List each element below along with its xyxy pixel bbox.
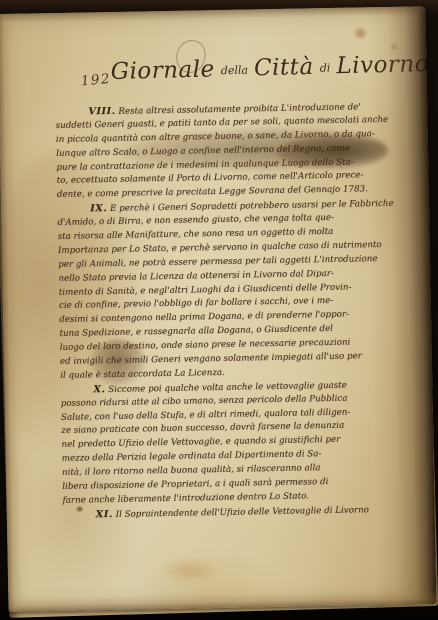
manuscript-photo: 192 Giornale della Città di Livorno VIII… [0,0,438,620]
section-numeral: VIII. [88,106,115,117]
manuscript-section-ix: IX. E perchè i Generi Sopradetti potrebb… [57,197,422,384]
page-title: Giornale della Città di Livorno [110,51,429,85]
manuscript-body: VIII. Resta altresì assolutamente proibi… [55,99,425,522]
page-number: 192 [80,71,112,90]
manuscript-section-x: X. Siccome poi qualche volta anche le ve… [60,377,424,509]
manuscript-section-viii: VIII. Resta altresì assolutamente proibi… [55,99,419,203]
foxing-spot-top-right [354,27,367,39]
title-word-della: della [221,64,248,78]
section-numeral: XI. [96,509,113,520]
foxing-spot-top-right-2 [389,43,399,52]
section-numeral: X. [93,384,105,395]
stain-bottom-center [158,557,222,584]
title-word-livorno: Livorno [336,51,429,79]
section-numeral: IX. [90,203,107,214]
title-word-di: di [320,61,331,74]
manuscript-page: 192 Giornale della Città di Livorno VIII… [0,6,436,612]
title-word-citta: Città [254,54,314,82]
